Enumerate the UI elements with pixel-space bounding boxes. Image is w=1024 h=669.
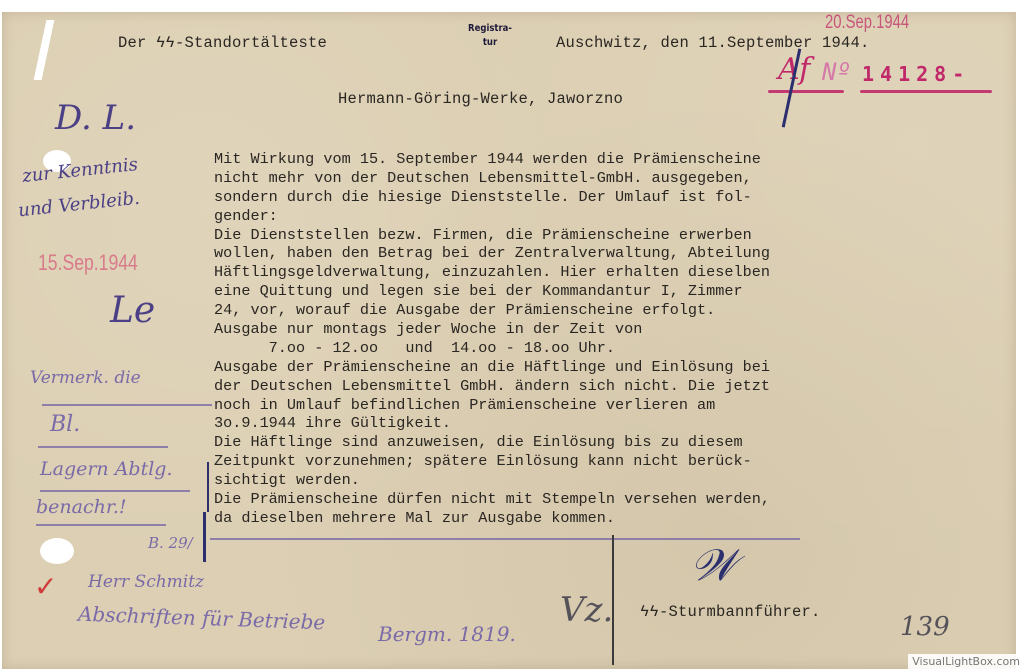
body-line: noch in Umlauf befindlichen Prämienschei… xyxy=(214,396,984,415)
registratur-stamp: Registra- tur xyxy=(459,22,520,50)
body-line: wollen, haben den Betrag bei der Zentral… xyxy=(214,244,984,263)
body-line: 7.oo - 12.oo und 14.oo - 18.oo Uhr. xyxy=(214,339,984,358)
body-line: eine Quittung und legen sie bei der Komm… xyxy=(214,282,984,301)
place-date-line: Auschwitz, den 11.September 1944. xyxy=(556,34,870,52)
margin-note-6: Herr Schmitz xyxy=(88,572,204,592)
body-line: Die Häftlinge sind anzuweisen, die Einlö… xyxy=(214,433,984,452)
margin-note-1: Vermerk. die xyxy=(30,368,141,388)
margin-underline-4 xyxy=(36,524,166,526)
body-line: Ausgabe nur montags jeder Woche in der Z… xyxy=(214,320,984,339)
journal-number-stamp: 14128- xyxy=(862,62,970,86)
journal-prefix: Nº xyxy=(822,58,851,86)
body-line: Ausgabe der Prämienscheine an die Häftli… xyxy=(214,358,984,377)
body-line: gender: xyxy=(214,207,984,226)
pencil-initials: Vz. xyxy=(560,590,613,630)
received-date-stamp-top: 20.Sep.1944 xyxy=(825,12,909,34)
signature: 𝒲 xyxy=(690,540,736,591)
signature-title: ϟϟ-Sturmbannführer. xyxy=(640,603,821,621)
body-line: nicht mehr von der Deutschen Lebensmitte… xyxy=(214,169,984,188)
punch-hole-bottom xyxy=(40,538,74,564)
received-date-stamp-left: 15.Sep.1944 xyxy=(38,250,138,276)
margin-underline-1 xyxy=(42,404,212,406)
letter-body: Mit Wirkung vom 15. September 1944 werde… xyxy=(214,150,984,528)
margin-bracket-line-2 xyxy=(203,512,206,562)
margin-underline-3 xyxy=(40,490,190,492)
body-line: Mit Wirkung vom 15. September 1944 werde… xyxy=(214,150,984,169)
bottom-handwritten-ref: Bergm. 1819. xyxy=(378,622,516,646)
registratur-stamp-line2: tur xyxy=(459,36,520,50)
red-check-mark: ✓ xyxy=(34,570,57,603)
page-number: 139 xyxy=(900,612,950,642)
journal-underline-2 xyxy=(860,90,992,93)
body-line: sondern durch die hiesige Dienststelle. … xyxy=(214,188,984,207)
body-line: 24, vor, worauf die Ausgabe der Prämiens… xyxy=(214,301,984,320)
handwritten-initials: D. L. xyxy=(55,98,136,138)
handwritten-initial-mark: Le xyxy=(110,290,155,331)
body-line: Die Dienststellen bezw. Firmen, die Präm… xyxy=(214,226,984,245)
body-line: Zeitpunkt vorzunehmen; spätere Einlösung… xyxy=(214,452,984,471)
recipient-line: Hermann-Göring-Werke, Jaworzno xyxy=(338,90,623,108)
margin-underline-2 xyxy=(38,446,168,448)
paper-tear xyxy=(34,20,55,80)
registratur-stamp-line1: Registra- xyxy=(459,22,520,36)
body-line: der Deutschen Lebensmittel GmbH. ändern … xyxy=(214,377,984,396)
margin-note-4: benachr.! xyxy=(36,496,127,518)
watermark: VisualLightBox.com xyxy=(908,654,1024,669)
sender-line: Der ϟϟ-Standortälteste xyxy=(118,34,327,52)
margin-bracket-line-1 xyxy=(207,462,209,512)
margin-note-2: Bl. xyxy=(50,412,80,437)
body-line: 3o.9.1944 ihre Gültigkeit. xyxy=(214,414,984,433)
body-line: Die Prämienscheine dürfen nicht mit Stem… xyxy=(214,490,984,509)
body-line: sichtigt werden. xyxy=(214,471,984,490)
margin-note-5: B. 29/ xyxy=(148,534,193,552)
journal-underline-1 xyxy=(768,90,844,93)
body-line: da dieselben mehrere Mal zur Ausgabe kom… xyxy=(214,509,984,528)
body-line: Häftlingsgeldverwaltung, einzuzahlen. Hi… xyxy=(214,263,984,282)
margin-note-3: Lagern Abtlg. xyxy=(40,458,173,480)
